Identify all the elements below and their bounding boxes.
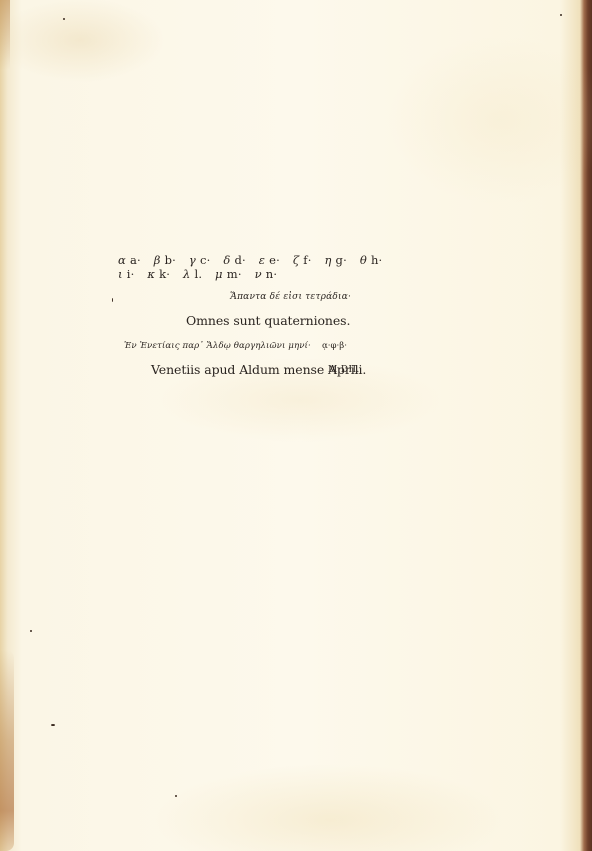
register-latin-letter: i· xyxy=(127,267,135,281)
register-latin-letter: b· xyxy=(165,253,176,267)
ink-speck xyxy=(560,14,562,16)
latin-date: M.DII. xyxy=(328,365,360,375)
ink-speck xyxy=(112,298,113,302)
register-greek-letter: ζ xyxy=(293,253,299,267)
register-greek-letter: α xyxy=(118,253,126,267)
register-entry: αa· xyxy=(118,253,141,267)
ink-speck xyxy=(51,724,55,726)
register-entry: βb· xyxy=(154,253,176,267)
register-latin-letter: k· xyxy=(159,267,170,281)
register-greek-letter: μ xyxy=(215,267,223,281)
register-row-1: αa· βb· γc· δd· εe· ζf· ηg· θh· xyxy=(118,253,391,267)
register-latin-letter: d· xyxy=(234,253,245,267)
paper-stain-top-left xyxy=(0,0,10,70)
register-entry: μm· xyxy=(215,267,242,281)
register-latin-letter: l. xyxy=(194,267,202,281)
register-greek-letter: δ xyxy=(223,253,230,267)
register-entry: λl. xyxy=(183,267,202,281)
register-entry: γc· xyxy=(189,253,211,267)
register-greek-letter: β xyxy=(154,253,161,267)
register-latin-letter: c· xyxy=(200,253,211,267)
register-entry: κk· xyxy=(147,267,170,281)
register-row-2: ιi· κk· λl. μm· νn· xyxy=(118,267,391,281)
ink-speck xyxy=(63,18,65,20)
book-page xyxy=(0,0,592,851)
register-entry: ζf· xyxy=(293,253,312,267)
register-latin-letter: g· xyxy=(336,253,347,267)
register-entry: ιi· xyxy=(118,267,134,281)
greek-date: ᾳ·φ·β· xyxy=(322,341,347,351)
register-entry: νn· xyxy=(255,267,278,281)
register-greek-letter: λ xyxy=(183,267,191,281)
latin-quire-note: Omnes sunt quaterniones. xyxy=(186,313,350,328)
register-entry: ηg· xyxy=(324,253,347,267)
ink-speck xyxy=(175,795,177,797)
register-latin-letter: h· xyxy=(371,253,382,267)
register-greek-letter: ν xyxy=(255,267,262,281)
register-entry: δd· xyxy=(223,253,246,267)
register-latin-letter: f· xyxy=(303,253,311,267)
signature-register: αa· βb· γc· δd· εe· ζf· ηg· θh· ιi· κk· … xyxy=(118,253,391,281)
register-latin-letter: m· xyxy=(227,267,242,281)
register-latin-letter: e· xyxy=(269,253,280,267)
ink-speck xyxy=(30,630,32,632)
register-greek-letter: ε xyxy=(259,253,265,267)
register-greek-letter: θ xyxy=(360,253,367,267)
register-entry: θh· xyxy=(360,253,383,267)
register-entry: εe· xyxy=(259,253,280,267)
register-greek-letter: κ xyxy=(147,267,155,281)
greek-quire-note: Ἅπαντα δέ εἰσι τετράδια· xyxy=(230,292,351,302)
register-greek-letter: ι xyxy=(118,267,123,281)
greek-colophon: Ἐν Ἐνετίαις παρ᾽ Ἄλδῳ θαργηλιῶνι μηνί· xyxy=(124,341,311,351)
register-latin-letter: a· xyxy=(130,253,141,267)
paper-stain-bottom-left xyxy=(0,650,14,851)
register-greek-letter: η xyxy=(324,253,331,267)
register-greek-letter: γ xyxy=(189,253,196,267)
register-latin-letter: n· xyxy=(266,267,277,281)
